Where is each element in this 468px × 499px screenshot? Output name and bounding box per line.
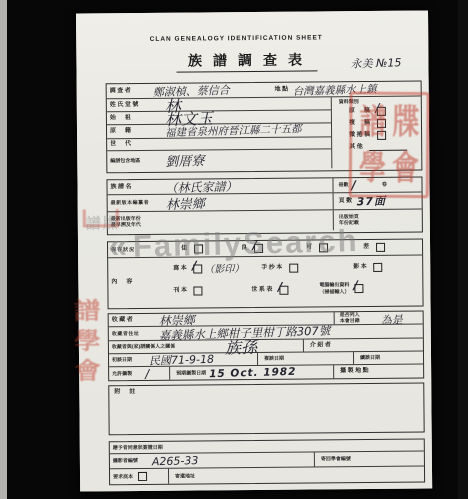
photographer-number-label: 攝影者編號 xyxy=(110,458,152,464)
seal-char: 譜 xyxy=(74,295,101,325)
seal-char: 學 xyxy=(74,325,101,355)
second-interview-date-label: 複談日期 xyxy=(261,356,287,362)
handwritten-annotation: 永美 №15 xyxy=(350,54,401,72)
pedigree-chart-label: 世系表 xyxy=(248,287,277,294)
latest-editor-label: 最新版本編纂者 xyxy=(108,200,166,207)
genealogy-form-page: CLAN GENEALOGY IDENTIFICATION SHEET 族譜調查… xyxy=(76,10,432,491)
expected-filming-date-value: 15 Oct. 1982 xyxy=(209,365,297,380)
computer-output-checkbox: ∕ xyxy=(354,284,363,293)
section1-left-column: 姓氏堂號 林 始 祖 林文玉 原 籍 福建省泉州府晉江縣二十五都 世 代 編譜包… xyxy=(107,97,333,170)
generations-label: 世 代 xyxy=(107,141,165,149)
expected-filming-date-label: 預期攝製日期 xyxy=(173,370,209,376)
surveyor-label: 調查者 xyxy=(107,87,153,94)
place-label: 地點 xyxy=(272,86,293,93)
origin-label: 原 籍 xyxy=(107,128,165,136)
condition-poor-checkbox xyxy=(376,243,385,252)
owner-address-label: 收藏者住址 xyxy=(109,330,159,336)
manuscript-note: （影印） xyxy=(204,260,244,276)
condition-good-label: 佳 xyxy=(178,246,192,253)
form-title: 族譜調查表 xyxy=(176,51,317,72)
condition-poor-label: 差 xyxy=(360,244,374,251)
society-return-number-label: 寄回學會編號 xyxy=(318,456,354,462)
filming-location-label: 攝製地點 xyxy=(337,368,373,375)
donor-consent-date-label: 贈予者同意狀簽證日期 xyxy=(110,444,166,450)
seal-char: 會 xyxy=(74,355,101,385)
owner-relationship-label: 收藏者與(家)譜關係人之關係 xyxy=(109,343,225,350)
surname-hall-label: 姓氏堂號 xyxy=(107,101,165,109)
handcopy-checkbox xyxy=(289,264,298,273)
gray-stamp-smudge: 譜牒 xyxy=(86,212,120,233)
listed-in-catalog-label-2: 本會目錄 xyxy=(337,318,363,325)
coverage-area-label: 編譜包含地區 xyxy=(107,157,165,164)
year-record-label: 年份記載 xyxy=(336,220,362,227)
red-archive-seal: 譜 牒 學 會 xyxy=(349,91,430,198)
condition-fair-checkbox: ∕ xyxy=(254,244,263,253)
microfilm-scan: { "header": { "en": "CLAN GENEALOGY IDEN… xyxy=(0,0,468,499)
photocopy-checkbox xyxy=(373,263,382,272)
section-photographer: 贈予者同意狀簽證日期 攝影者編號 A265-33 寄回學會編號 要求底本 寄還地… xyxy=(109,439,425,486)
printed-edition-label: 刊本 xyxy=(170,288,191,295)
seal-char: 學 xyxy=(356,139,390,197)
manuscript-checkbox: ∕ xyxy=(193,264,202,273)
condition-ok-checkbox xyxy=(319,243,328,252)
condition-label: 保存狀況 xyxy=(108,246,162,252)
pedigree-chart-checkbox: ∕ xyxy=(279,286,288,295)
film-edge-strip xyxy=(0,0,7,499)
latest-editor-value: 林崇鄉 xyxy=(165,193,205,213)
request-original-checkbox xyxy=(138,472,147,481)
condition-ok-label: 可 xyxy=(303,244,317,251)
request-original-label: 要求底本 xyxy=(110,474,136,480)
printed-edition-checkbox xyxy=(193,286,202,295)
handcopy-label: 手抄本 xyxy=(258,265,287,272)
film-right-band xyxy=(458,0,468,499)
section-condition-content: 保存狀況 佳 良 ∕ 可 差 內 容 寫本 ∕ （ xyxy=(107,239,424,310)
seal-char: 會 xyxy=(389,139,423,197)
remarks-label: 附 註 xyxy=(111,389,140,396)
return-address-label: 寄還地址 xyxy=(172,473,198,479)
scan-input-label: （掃描輸入） xyxy=(316,289,352,296)
filming-permission-label: 允許攝製 xyxy=(109,370,145,376)
red-left-seal-fragment: 譜 學 會 xyxy=(75,295,99,385)
section-owner-info: 收藏者 林崇鄉 是否列入 本會目錄 為是 收藏者住址 嘉義縣水上鄉柑子里柑丁路3… xyxy=(108,311,425,382)
first-ancestor-label: 始 祖 xyxy=(107,114,165,122)
condition-good-checkbox xyxy=(194,244,203,253)
followup-interview-date-label: 續談日期 xyxy=(357,355,383,361)
manuscript-label: 寫本 xyxy=(170,266,191,273)
publish-year-value xyxy=(168,217,422,225)
filming-permission-mark: ∕ xyxy=(145,366,149,380)
coverage-area-value: 劉厝寮 xyxy=(165,150,205,170)
photographer-number-value: A265-33 xyxy=(152,454,199,468)
photocopy-label: 影本 xyxy=(350,264,371,271)
genealogy-name-label: 族譜名 xyxy=(107,183,165,191)
owner-label: 收藏者 xyxy=(109,316,159,323)
first-interview-date-label: 初談日期 xyxy=(109,357,149,363)
section-remarks: 附 註 xyxy=(108,383,424,436)
page-count-label: 頁數 xyxy=(336,198,357,205)
content-label: 內 容 xyxy=(108,278,144,285)
introducer-label: 介紹者 xyxy=(307,342,336,349)
condition-fair-label: 良 xyxy=(238,245,252,252)
form-english-title: CLAN GENEALOGY IDENTIFICATION SHEET xyxy=(76,34,396,44)
